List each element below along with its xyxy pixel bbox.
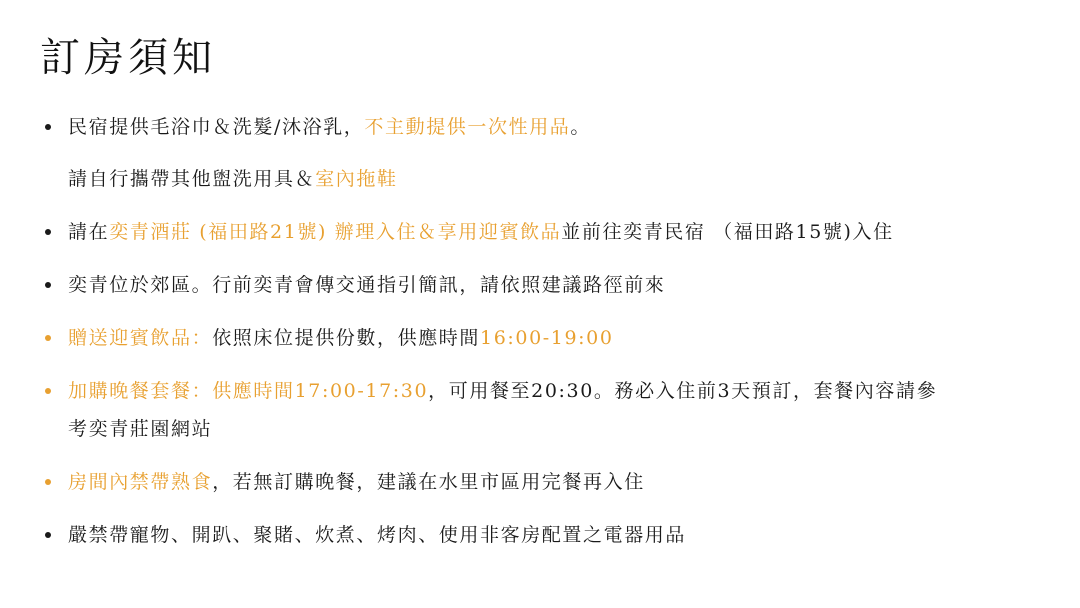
- prohibitions-text: 嚴禁帶寵物、開趴、聚賭、炊煮、烤肉、使用非客房配置之電器用品: [68, 524, 686, 546]
- no-food-label: 房間內禁帶熟食: [68, 471, 212, 493]
- bullet-icon: [45, 479, 51, 485]
- bullet-icon: [45, 282, 51, 288]
- welcome-drink-label: 贈送迎賓飲品：: [68, 327, 212, 349]
- amenities-line-1: 民宿提供毛浴巾＆洗髮/沐浴乳，不主動提供一次性用品。: [68, 114, 1050, 140]
- location-text: 奕青位於郊區。行前奕青會傳交通指引簡訊，請依照建議路徑前來: [68, 274, 665, 296]
- amenities-line-2: 請自行攜帶其他盥洗用具＆室內拖鞋: [68, 166, 1050, 192]
- list-item-amenities: 民宿提供毛浴巾＆洗髮/沐浴乳，不主動提供一次性用品。 請自行攜帶其他盥洗用具＆室…: [40, 114, 1050, 192]
- period: 。: [570, 116, 591, 138]
- list-item-welcome-drink: 贈送迎賓飲品：依照床位提供份數，供應時間16:00-19:00: [40, 325, 1050, 351]
- welcome-drink-text: 依照床位提供份數，供應時間: [212, 327, 480, 349]
- dinner-line-1: 加購晚餐套餐：供應時間17:00-17:30，可用餐至20:30。務必入住前3天…: [68, 378, 1050, 404]
- list-item-location: 奕青位於郊區。行前奕青會傳交通指引簡訊，請依照建議路徑前來: [40, 272, 1050, 298]
- no-disposables-highlight: 不主動提供一次性用品: [364, 116, 570, 138]
- list-item-no-food: 房間內禁帶熟食，若無訂購晚餐，建議在水里市區用完餐再入住: [40, 469, 1050, 495]
- bullet-icon: [45, 229, 51, 235]
- booking-notice-list: 民宿提供毛浴巾＆洗髮/沐浴乳，不主動提供一次性用品。 請自行攜帶其他盥洗用具＆室…: [40, 108, 1050, 548]
- bring-own-text: 請自行攜帶其他盥洗用具＆: [68, 168, 315, 190]
- bullet-icon: [45, 532, 51, 538]
- checkin-location-highlight: 奕青酒莊 (福田路21號) 辦理入住＆享用迎賓飲品: [109, 221, 561, 243]
- bullet-icon: [45, 124, 51, 130]
- list-item-dinner: 加購晚餐套餐：供應時間17:00-17:30，可用餐至20:30。務必入住前3天…: [40, 378, 1050, 442]
- checkin-suffix: 並前往奕青民宿 （福田路15號)入住: [561, 221, 893, 243]
- welcome-drink-time: 16:00-19:00: [480, 327, 614, 349]
- dinner-line-2: 考奕青莊園網站: [68, 416, 1050, 442]
- page-title: 訂房須知: [40, 30, 216, 86]
- bullet-icon: [45, 388, 51, 394]
- slippers-highlight: 室內拖鞋: [315, 168, 397, 190]
- no-food-text: ，若無訂購晚餐，建議在水里市區用完餐再入住: [212, 471, 645, 493]
- dinner-label: 加購晚餐套餐：供應時間17:00-17:30: [68, 380, 428, 402]
- list-item-checkin: 請在奕青酒莊 (福田路21號) 辦理入住＆享用迎賓飲品並前往奕青民宿 （福田路1…: [40, 219, 1050, 245]
- amenities-text: 民宿提供毛浴巾＆洗髮/沐浴乳，: [68, 116, 364, 138]
- dinner-text: ，可用餐至20:30。務必入住前3天預訂，套餐內容請參: [428, 380, 937, 402]
- checkin-prefix: 請在: [68, 221, 109, 243]
- list-item-prohibitions: 嚴禁帶寵物、開趴、聚賭、炊煮、烤肉、使用非客房配置之電器用品: [40, 522, 1050, 548]
- bullet-icon: [45, 335, 51, 341]
